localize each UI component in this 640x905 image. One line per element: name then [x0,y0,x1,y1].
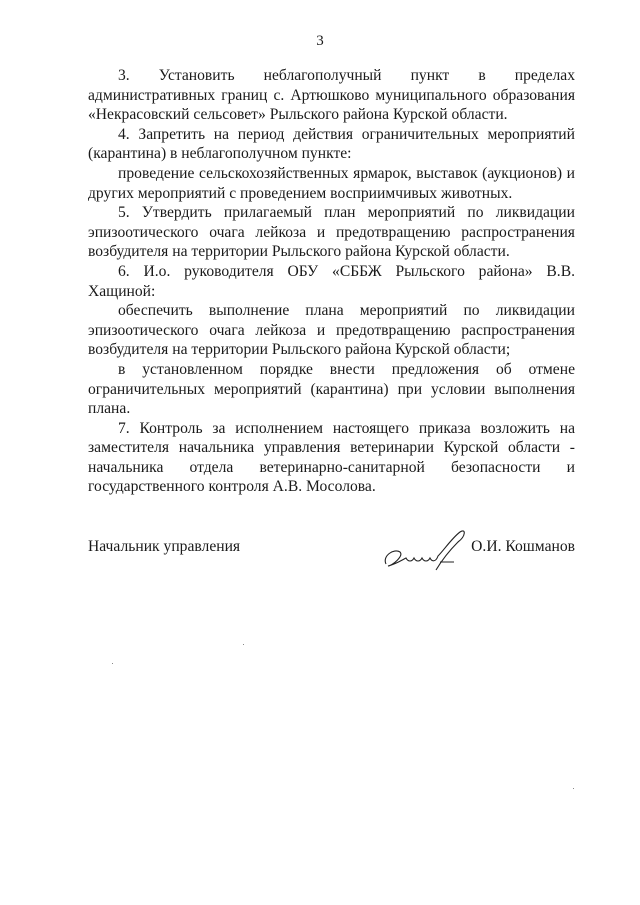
scan-speck [112,663,113,664]
paragraph-7: 7. Контроль за исполнением настоящего пр… [88,419,575,497]
page-number: 3 [0,33,640,50]
paragraph-6: 6. И.о. руководителя ОБУ «СББЖ Рыльского… [88,262,575,301]
paragraph-4: 4. Запретить на период действия ограничи… [88,125,575,164]
signatory-title: Начальник управления [88,538,240,556]
scan-speck [573,788,574,789]
document-body: 3. Установить неблагополучный пункт в пр… [88,66,575,497]
paragraph-5: 5. Утвердить прилагаемый план мероприяти… [88,203,575,262]
signatory-name: О.И. Кошманов [471,538,575,556]
paragraph-6-item-1: обеспечить выполнение плана мероприятий … [88,301,575,360]
paragraph-4-item: проведение сельскохозяйственных ярмарок,… [88,164,575,203]
handwritten-signature-icon [380,526,480,578]
signature-block: Начальник управления О.И. Кошманов [88,538,575,578]
scan-speck [243,644,244,645]
paragraph-6-item-2: в установленном порядке внести предложен… [88,360,575,419]
paragraph-3: 3. Установить неблагополучный пункт в пр… [88,66,575,125]
